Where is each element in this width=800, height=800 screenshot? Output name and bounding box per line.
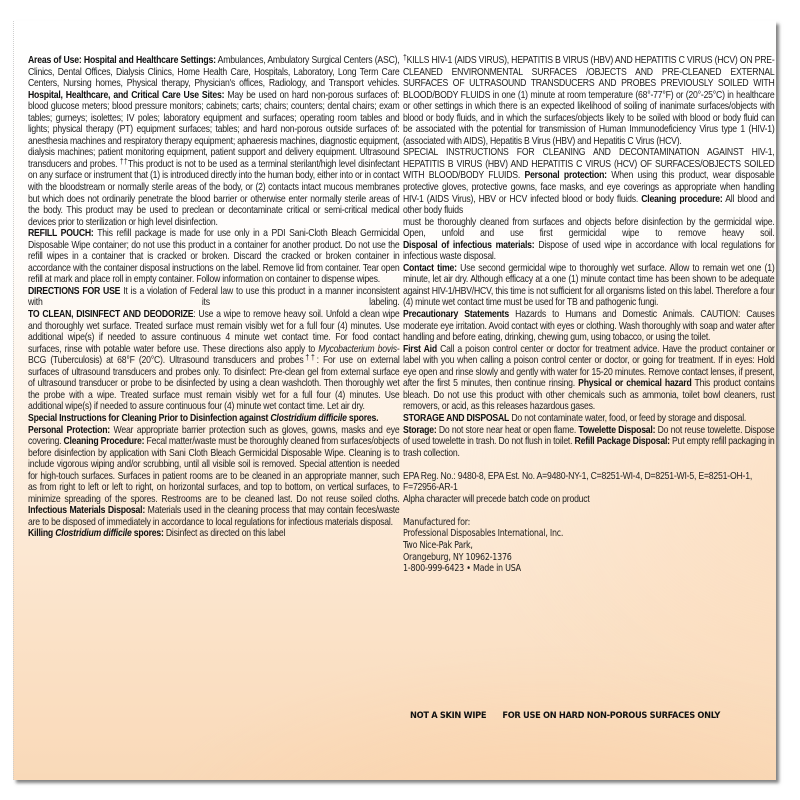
- cleaning-procedure-heading: Cleaning Procedure:: [64, 436, 145, 447]
- manufacturer-address-line1: Two Nice-Pak Park,: [403, 540, 775, 552]
- batch-code-note: Alpha character will precede batch code …: [403, 494, 775, 506]
- refill-disposal-heading: Refill Package Disposal:: [575, 436, 670, 447]
- killing-cdiff-section: Killing Clostridium difficile spores: Di…: [28, 528, 400, 540]
- cleaning-procedure-heading: Cleaning procedure:: [641, 194, 722, 205]
- precautionary-section: Precautionary Statements Hazards to Huma…: [403, 309, 775, 344]
- organism-name: Mycobacterium bovis: [318, 344, 397, 355]
- directions-heading: DIRECTIONS FOR USE: [28, 286, 120, 297]
- personal-protection-heading: Personal Protection:: [28, 425, 110, 436]
- first-aid-section: First Aid Call a poison control center o…: [403, 344, 775, 413]
- hazard-heading: Physical or chemical hazard: [578, 378, 691, 389]
- manufacturer-phone: 1-800-999-6423 • Made in USA: [403, 563, 775, 575]
- personal-protection-heading: Personal protection:: [524, 170, 606, 181]
- hard-surfaces-only-warning: FOR USE ON HARD NON-POROUS SURFACES ONLY: [502, 710, 720, 721]
- manufacturer-address-line2: Orangeburg, NY 10962-1376: [403, 552, 775, 564]
- storage-disposal-heading: STORAGE AND DISPOSAL: [403, 413, 509, 424]
- storage-heading: Storage:: [403, 425, 436, 436]
- manufacturer-label: Manufactured for:: [403, 517, 775, 529]
- label-left-column: Areas of Use: Hospital and Healthcare Se…: [28, 55, 400, 540]
- killing-cdiff-heading: Killing Clostridium difficile spores:: [28, 528, 164, 539]
- special-cdiff-heading: Special Instructions for Cleaning Prior …: [28, 413, 378, 424]
- disposal-heading: Disposal of infectious materials:: [403, 240, 534, 251]
- disposal-section: Disposal of infectious materials: Dispos…: [403, 240, 775, 263]
- precautionary-heading: Precautionary Statements: [403, 309, 509, 320]
- storage-disposal-section: STORAGE AND DISPOSAL Do not contaminate …: [403, 413, 775, 459]
- areas-of-use-heading: Areas of Use: Hospital and Healthcare Se…: [28, 55, 216, 66]
- refill-pouch-section: REFILL POUCH: This refill package is mad…: [28, 228, 400, 286]
- contact-time-section: Contact time: Use second germicidal wipe…: [403, 263, 775, 309]
- clean-disinfect-heading: TO CLEAN, DISINFECT AND DEODORIZE: [28, 309, 193, 320]
- epa-registration: EPA Reg. No.: 9480-8, EPA Est. No. A=948…: [403, 471, 775, 494]
- manufacturer-block: Manufactured for: Professional Disposabl…: [403, 517, 775, 575]
- first-aid-heading: First Aid: [403, 344, 437, 355]
- not-skin-wipe-warning: NOT A SKIN WIPE: [410, 710, 486, 721]
- contact-time-heading: Contact time:: [403, 263, 457, 274]
- infectious-disposal-heading: Infectious Materials Disposal:: [28, 505, 145, 516]
- refill-pouch-heading: REFILL POUCH:: [28, 228, 94, 239]
- special-hiv-section: SPECIAL INSTRUCTIONS FOR CLEANING AND DE…: [403, 147, 775, 216]
- label-footer-warnings: NOT A SKIN WIPEFOR USE ON HARD NON-POROU…: [410, 710, 720, 721]
- special-hiv-procedure-cont: must be thoroughly cleaned from surfaces…: [403, 217, 775, 240]
- use-sites-heading: Hospital, Healthcare, and Critical Care …: [28, 90, 224, 101]
- special-cdiff-section: Special Instructions for Cleaning Prior …: [28, 413, 400, 528]
- towelette-disposal-heading: Towelette Disposal:: [578, 425, 655, 436]
- kills-claim-section: †KILLS HIV-1 (AIDS VIRUS), HEPATITIS B V…: [403, 55, 775, 147]
- manufacturer-name: Professional Disposables International, …: [403, 528, 775, 540]
- double-dagger-mark: ††: [120, 157, 128, 166]
- areas-of-use-section: Areas of Use: Hospital and Healthcare Se…: [28, 55, 400, 228]
- directions-section: DIRECTIONS FOR USE It is a violation of …: [28, 286, 400, 309]
- double-dagger-mark: ††: [303, 353, 316, 362]
- clean-disinfect-section: TO CLEAN, DISINFECT AND DEODORIZE: Use a…: [28, 309, 400, 413]
- label-right-column: †KILLS HIV-1 (AIDS VIRUS), HEPATITIS B V…: [403, 55, 775, 575]
